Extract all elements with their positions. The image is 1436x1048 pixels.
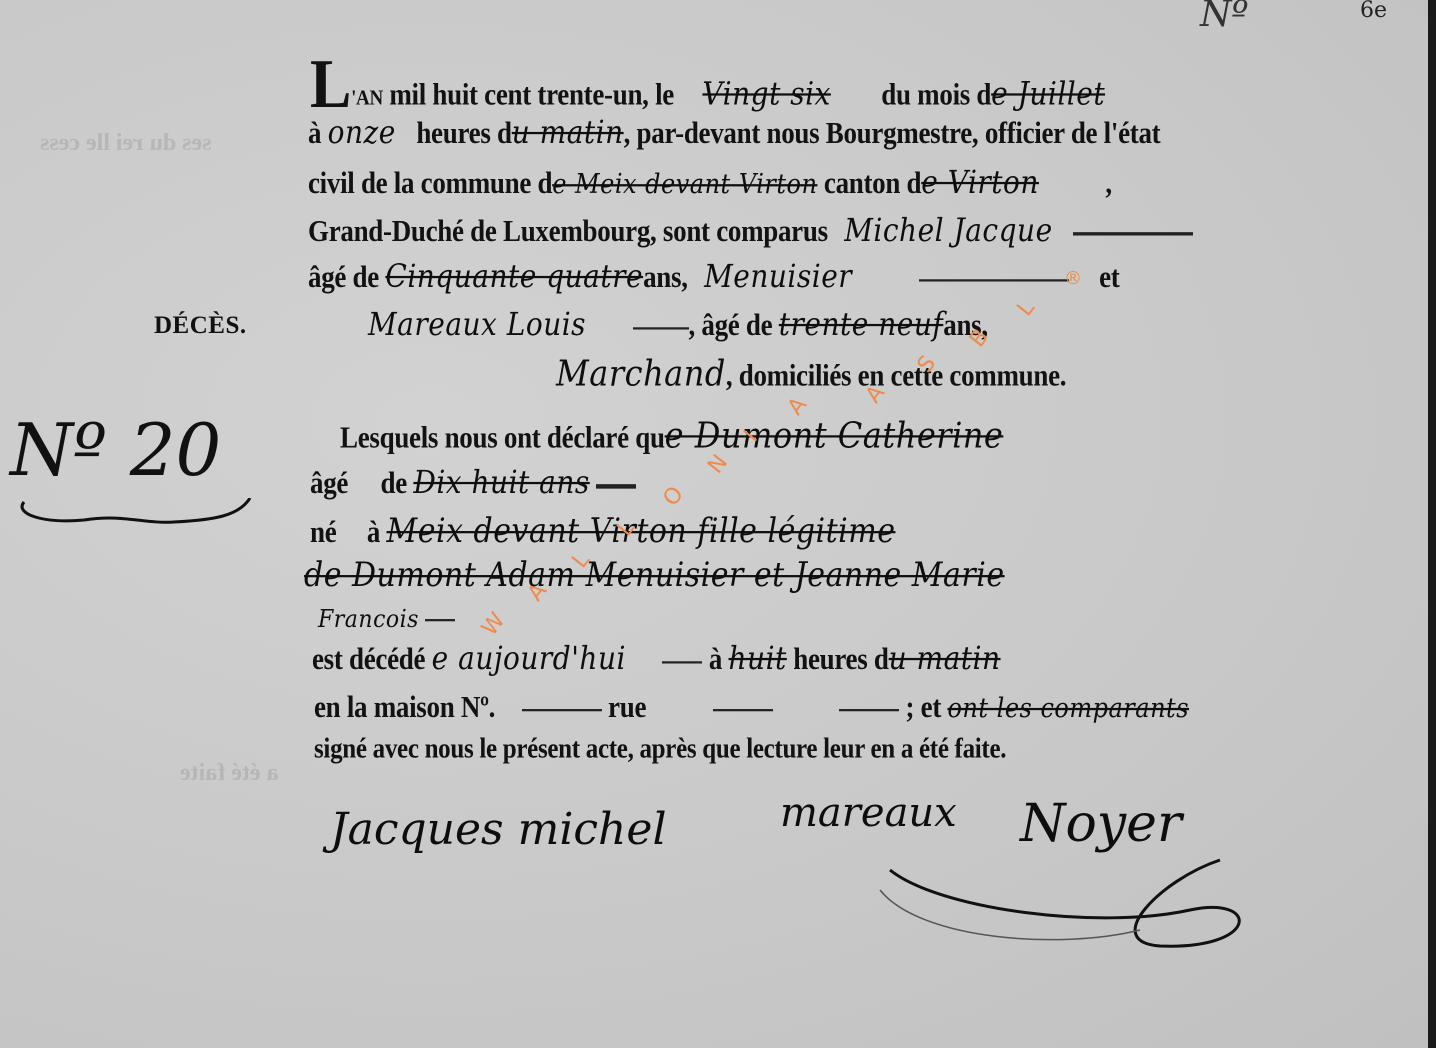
handwritten-declarant-1: Michel Jacque xyxy=(844,212,1052,249)
blank-dash xyxy=(839,709,899,711)
handwritten-hour: onze xyxy=(328,114,396,151)
printed-text: , par-devant nous Bourgmestre, officier … xyxy=(624,116,1161,150)
watermark-letter: L xyxy=(1013,296,1040,321)
record-line-5: âgé de Cinquante quatreans, Menuisier et xyxy=(308,258,1119,295)
record-line-4: Grand-Duché de Luxembourg, sont comparus… xyxy=(308,212,1193,249)
section-title: DÉCÈS. xyxy=(154,312,247,340)
printed-text: à xyxy=(709,642,722,676)
printed-text: 'AN xyxy=(351,87,383,111)
record-line-13: est décédé e aujourd'hui à huit heures d… xyxy=(312,640,1001,677)
printed-text: à xyxy=(367,515,380,549)
handwritten-commune: e Meix devant Virton xyxy=(552,168,817,199)
printed-text: heures d xyxy=(793,642,888,676)
paraph-flourish-icon xyxy=(860,850,1280,960)
printed-text: , xyxy=(1105,166,1111,200)
printed-text: et xyxy=(1099,260,1119,294)
record-line-14: en la maison Nº. rue ; et ont les compar… xyxy=(314,690,1189,725)
handwritten-month: e Juillet xyxy=(991,75,1105,112)
printed-text: ans, xyxy=(643,260,688,294)
record-line-9: âgé de Dix huit ans xyxy=(310,464,636,501)
record-line-1: L'AN mil huit cent trente-un, le Vingt s… xyxy=(310,62,1105,112)
printed-text: ; et xyxy=(906,690,942,724)
handwritten-canton: e Virton xyxy=(921,164,1039,201)
record-line-11: de Dumont Adam Menuisier et Jeanne Marie xyxy=(304,556,1005,595)
blank-dash xyxy=(596,484,636,488)
handwritten-deceased-age: Dix huit ans xyxy=(413,464,589,501)
handwritten-signing-note: ont les comparants xyxy=(947,692,1189,723)
record-line-8: Lesquels nous ont déclaré que Dumont Cat… xyxy=(340,414,1003,457)
handwritten-death-hour: huit xyxy=(729,640,787,677)
printed-text: canton d xyxy=(824,166,921,200)
printed-text: est décédé xyxy=(312,642,425,676)
flourish-icon xyxy=(14,498,254,528)
handwritten-day: Vingt six xyxy=(702,75,830,112)
blank-dash xyxy=(662,661,702,663)
printed-text: , domiciliés en cette commune. xyxy=(726,359,1066,393)
record-line-6: Mareaux Louis , âgé de trente neufans, xyxy=(368,306,988,343)
page-edge xyxy=(1428,0,1436,1048)
registered-mark-icon: ® xyxy=(1064,268,1082,289)
printed-text: Grand-Duché de Luxembourg, sont comparus xyxy=(308,214,828,248)
document-page: ses du rei lle cess a été faite Nº 6e DÉ… xyxy=(0,0,1430,1048)
bleed-through-text: a été faite xyxy=(180,760,279,787)
record-line-7: Marchand, domiciliés en cette commune. xyxy=(556,352,1066,395)
handwritten-death-time-of-day: u matin xyxy=(889,640,1001,677)
record-line-12: Francois xyxy=(318,600,455,635)
signature-1: Jacques michel xyxy=(330,804,667,855)
page-number: 6e xyxy=(1360,0,1387,23)
record-line-10: né à Meix devant Virton fille légitime xyxy=(310,512,895,551)
handwritten-parents: de Dumont Adam Menuisier et Jeanne Marie xyxy=(304,556,1005,595)
printed-text: de xyxy=(381,466,407,500)
blank-dash xyxy=(713,709,773,711)
handwritten-parent-name-cont: Francois xyxy=(318,606,419,634)
signature-3: Noyer xyxy=(1020,794,1182,854)
handwritten-age-1: Cinquante quatre xyxy=(385,258,643,295)
printed-text: civil de la commune d xyxy=(308,166,552,200)
signature-2: mareaux xyxy=(780,790,957,836)
printed-text: , âgé de xyxy=(689,308,773,342)
watermark-letter: W xyxy=(477,608,510,641)
printed-text: heures d xyxy=(416,116,511,150)
handwritten-profession-2: Marchand xyxy=(556,352,726,395)
record-line-3: civil de la commune de Meix devant Virto… xyxy=(308,164,1112,201)
handwritten-time-of-day: u matin xyxy=(512,114,624,151)
printed-text: en la maison Nº. xyxy=(314,690,495,724)
handwritten-profession-1: Menuisier xyxy=(704,258,852,295)
blank-dash xyxy=(1073,232,1193,235)
record-number: Nº 20 xyxy=(10,408,221,492)
printed-text: signé avec nous le présent acte, après q… xyxy=(314,734,1006,764)
watermark-letter: O xyxy=(658,482,688,511)
printed-text: âgé de xyxy=(308,260,379,294)
printed-text: né xyxy=(310,515,336,549)
drop-cap: L xyxy=(310,46,351,122)
blank-dash xyxy=(633,327,689,329)
handwritten-death-day: e aujourd'hui xyxy=(432,640,626,677)
corner-annotation: Nº xyxy=(1200,0,1248,35)
blank-dash xyxy=(425,619,455,621)
signatures: Jacques michel mareaux Noyer xyxy=(300,780,1280,960)
printed-text: mil huit cent trente-un, le xyxy=(389,78,674,112)
watermark-letter: B xyxy=(965,325,994,352)
handwritten-birthplace: Meix devant Virton fille légitime xyxy=(387,512,896,551)
handwritten-deceased-name: e Dumont Catherine xyxy=(665,414,1004,457)
bleed-through-text: ses du rei lle cess xyxy=(40,130,212,157)
record-line-15: signé avec nous le présent acte, après q… xyxy=(314,734,1006,765)
blank-dash xyxy=(522,709,602,711)
blank-dash xyxy=(919,279,1069,281)
handwritten-declarant-2: Mareaux Louis xyxy=(368,306,586,343)
printed-text: Lesquels nous ont déclaré qu xyxy=(340,421,665,455)
printed-text: à xyxy=(308,116,321,150)
printed-text: âgé xyxy=(310,466,348,500)
printed-text: du mois d xyxy=(881,78,991,112)
handwritten-age-2: trente neuf xyxy=(779,306,943,343)
record-line-2: à onze heures du matin, par-devant nous … xyxy=(308,114,1160,151)
printed-text: rue xyxy=(608,690,646,724)
